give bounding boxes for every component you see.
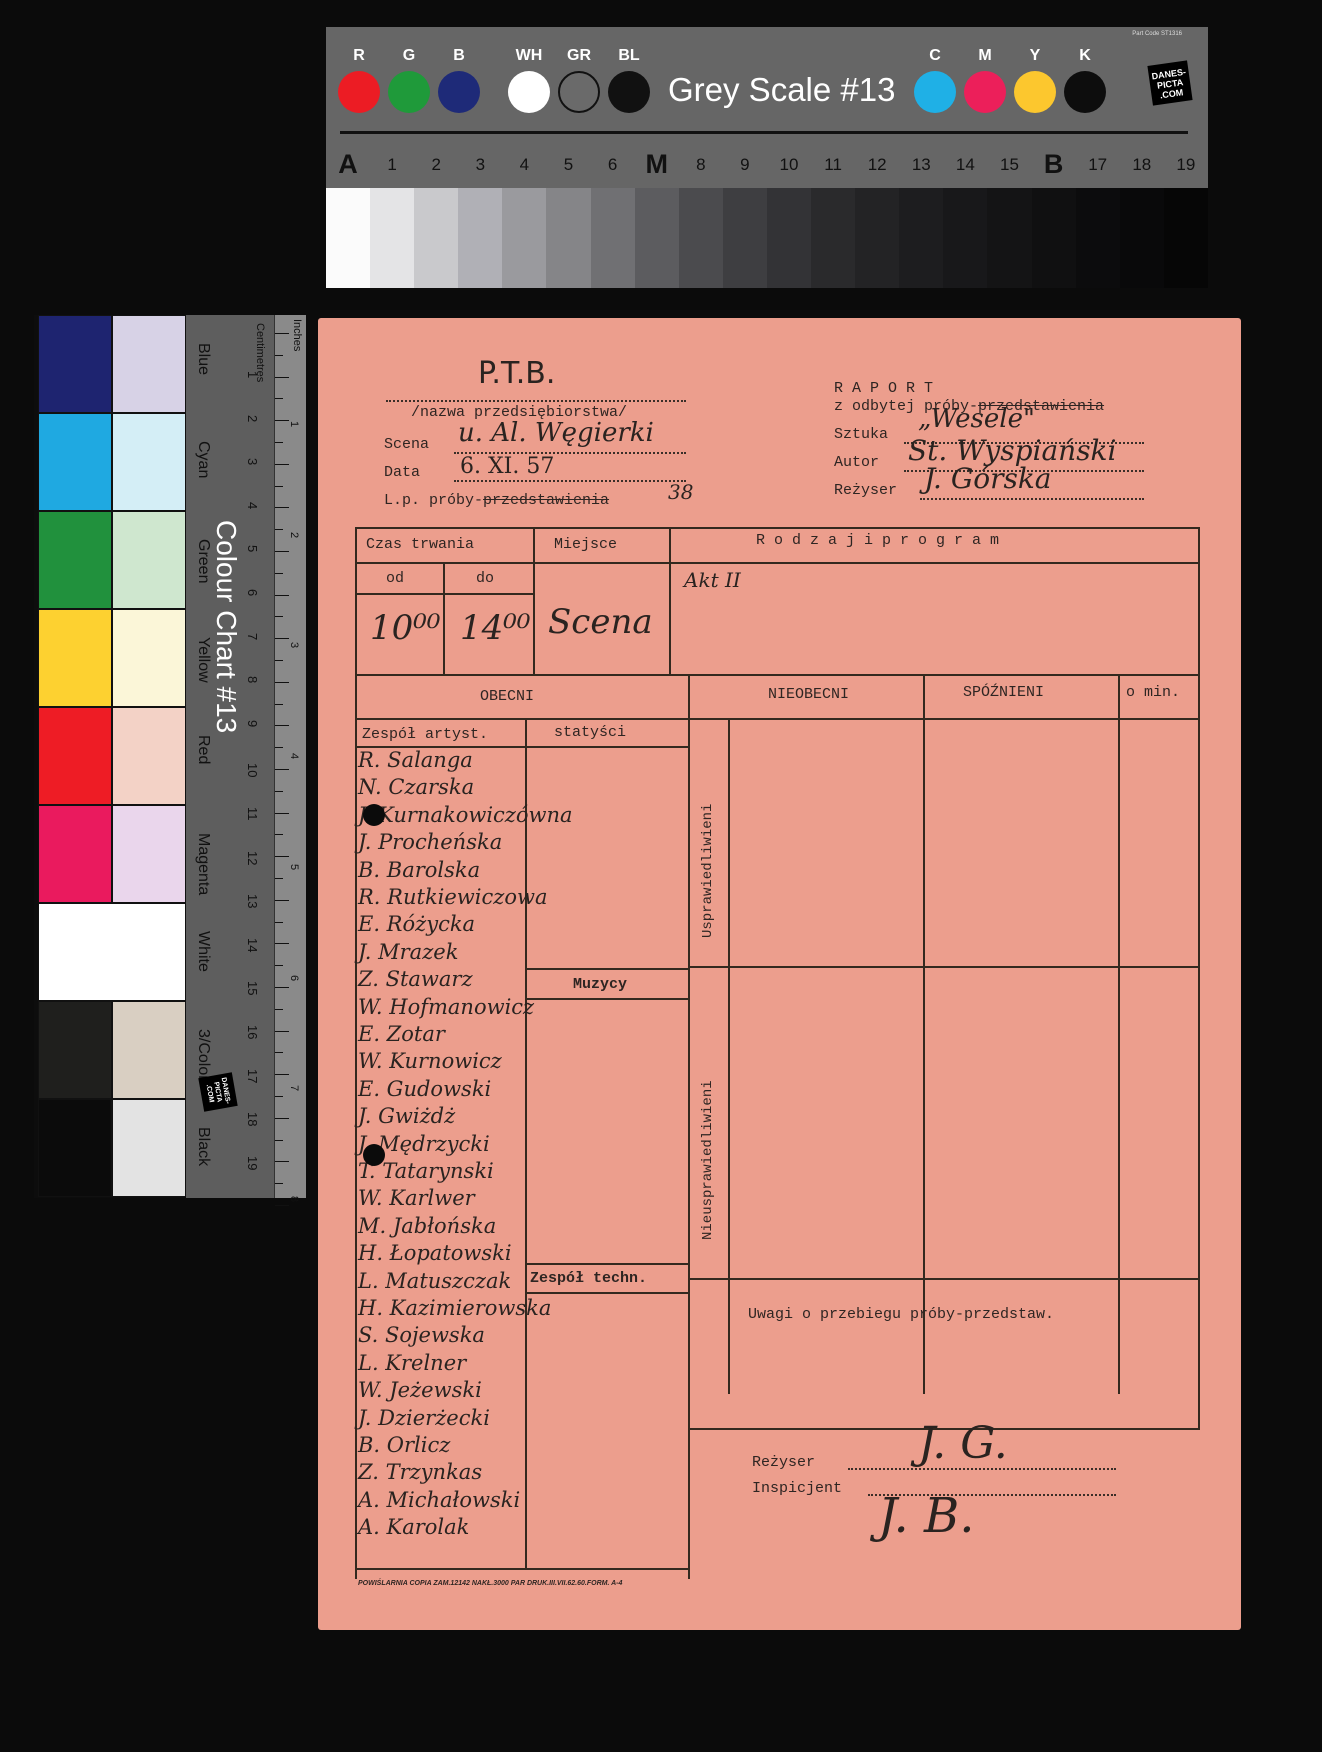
table-border xyxy=(728,718,730,1394)
cm-tick-label: 4 xyxy=(245,502,260,509)
table-border xyxy=(525,998,688,1000)
step-label: 14 xyxy=(945,155,985,175)
table-border xyxy=(525,1263,688,1265)
color-dot-gr xyxy=(558,71,600,113)
color-dot-c xyxy=(914,71,956,113)
divider xyxy=(340,131,1188,134)
raport-title: R A P O R T xyxy=(834,380,933,397)
color-dot-k xyxy=(1064,71,1106,113)
autor-label: Autor xyxy=(834,454,879,471)
artist-entry: J. Gwiżdż xyxy=(358,1104,455,1128)
swatch-red-dark xyxy=(38,707,112,805)
artist-entry: R. Salanga xyxy=(358,748,473,772)
table-border xyxy=(355,674,1198,676)
cm-tick-label: 3 xyxy=(245,458,260,465)
step-label: 8 xyxy=(681,155,721,175)
dot-label-r: R xyxy=(339,47,379,65)
rodzaj-header: R o d z a j i p r o g r a m xyxy=(756,532,999,549)
step-label: 3 xyxy=(460,155,500,175)
ruler-tick xyxy=(275,747,283,748)
colour-name: Magenta xyxy=(194,833,212,895)
swatch-magenta-light xyxy=(112,805,186,903)
dot-label-k: K xyxy=(1065,47,1105,65)
grey-step xyxy=(458,188,502,288)
artist-entry: J. Kurnakowiczówna xyxy=(358,803,573,827)
grey-step xyxy=(414,188,458,288)
artist-entry: Z. Trzynkas xyxy=(358,1460,482,1484)
grey-step xyxy=(767,188,811,288)
table-border xyxy=(669,527,671,674)
swatch-cyan-dark xyxy=(38,413,112,511)
inch-tick-label: 1 xyxy=(288,421,300,427)
part-code: Part Code ST1316 xyxy=(1132,31,1182,38)
swatch-blue-dark xyxy=(38,315,112,413)
ruler-tick xyxy=(275,573,283,574)
color-dot-wh xyxy=(508,71,550,113)
ruler-tick xyxy=(275,1074,289,1075)
lp-label: L.p. próby-przedstawienia xyxy=(384,492,609,509)
artist-entry: A. Michałowski xyxy=(358,1488,520,1512)
miejsce-header: Miejsce xyxy=(554,536,617,553)
artist-entry: H. Łopatowski xyxy=(358,1241,512,1265)
cm-tick-label: 12 xyxy=(245,851,260,865)
dot-label-y: Y xyxy=(1015,47,1055,65)
ruler-tick xyxy=(275,660,283,661)
scena-label: Scena xyxy=(384,436,429,453)
colour-chart-title: Colour Chart #13 xyxy=(210,520,242,733)
step-label: B xyxy=(1034,149,1074,180)
artist-entry: W. Jeżewski xyxy=(358,1378,482,1402)
ruler-tick xyxy=(275,507,289,508)
ruler-tick xyxy=(275,1118,289,1119)
grey-scale-title: Grey Scale #13 xyxy=(668,71,895,109)
swatch-3-color-light xyxy=(112,1001,186,1099)
dot-label-wh: WH xyxy=(509,47,549,65)
cm-tick-label: 13 xyxy=(245,894,260,908)
grey-step xyxy=(723,188,767,288)
table-border xyxy=(923,674,925,1394)
colour-name: White xyxy=(194,931,212,972)
colour-chart: BlueCyanGreenYellowRedMagentaWhite3/Colo… xyxy=(34,315,305,1198)
table-border xyxy=(525,1292,688,1294)
obecni-header: OBECNI xyxy=(480,688,534,705)
cm-tick-label: 7 xyxy=(245,633,260,640)
ruler-tick xyxy=(275,1140,283,1141)
grey-step xyxy=(679,188,723,288)
ruler-tick xyxy=(275,1205,289,1206)
ruler-tick xyxy=(275,551,289,552)
step-label: 5 xyxy=(549,155,589,175)
usprawiedliwieni-label: Usprawiedliwieni xyxy=(700,804,716,938)
zespol-techn-header: Zespół techn. xyxy=(530,1270,647,1287)
artist-entry: J. Mrazek xyxy=(358,940,458,964)
step-label: A xyxy=(328,149,368,180)
printer-footer: POWIŚLARNIA COPIA ZAM.12142 NAKŁ.3000 PA… xyxy=(358,1580,622,1587)
dot-label-m: M xyxy=(965,47,1005,65)
swatch-3-color-dark xyxy=(38,1001,112,1099)
ruler-tick xyxy=(275,638,289,639)
colour-name: Red xyxy=(194,735,212,764)
artist-entry: W. Karlwer xyxy=(358,1186,475,1210)
ruler-tick xyxy=(275,1161,289,1162)
cm-tick-label: 5 xyxy=(245,545,260,552)
ruler-tick xyxy=(275,878,283,879)
muzycy-header: Muzycy xyxy=(573,976,627,993)
inch-tick-label: 7 xyxy=(288,1085,300,1091)
cm-tick-label: 8 xyxy=(245,676,260,683)
zespol-artyst-header: Zespół artyst. xyxy=(362,726,488,743)
rodzaj-value: Akt II xyxy=(684,568,741,592)
punch-hole xyxy=(363,804,385,826)
grey-step xyxy=(370,188,414,288)
grey-step xyxy=(635,188,679,288)
table-border xyxy=(355,1568,690,1570)
grey-step xyxy=(855,188,899,288)
swatch-yellow-dark xyxy=(38,609,112,707)
ruler-tick xyxy=(275,922,283,923)
lp-value: 38 xyxy=(668,480,693,504)
step-label: 17 xyxy=(1078,155,1118,175)
company-name: P.T.B. xyxy=(478,356,555,391)
table-border xyxy=(1198,1394,1200,1430)
ruler-tick xyxy=(275,595,289,596)
step-label: 10 xyxy=(769,155,809,175)
inch-tick-label: 2 xyxy=(288,532,300,538)
table-border xyxy=(1198,1278,1200,1392)
scena-value: u. Al. Węgierki xyxy=(458,418,654,448)
sztuka-value: „Wesele" xyxy=(918,404,1035,434)
swatch-black-light xyxy=(112,1099,186,1197)
color-dot-r xyxy=(338,71,380,113)
grey-step xyxy=(326,188,370,288)
rezyser-signature: J. G. xyxy=(918,1418,1008,1469)
artist-entry: W. Hofmanowicz xyxy=(358,995,534,1019)
ruler-tick xyxy=(275,834,283,835)
rezyser-sign-label: Reżyser xyxy=(752,1454,815,1471)
ruler-tick xyxy=(275,442,283,443)
swatch-cyan-light xyxy=(112,413,186,511)
artist-entry: M. Jabłońska xyxy=(358,1214,496,1238)
rehearsal-report-form: P.T.B. /nazwa przedsiębiorstwa/ Scena u.… xyxy=(318,318,1241,1630)
ruler-tick xyxy=(275,725,289,726)
o-min-header: o min. xyxy=(1126,684,1180,701)
artist-entry: H. Kazimierowska xyxy=(358,1296,551,1320)
grey-step xyxy=(1120,188,1164,288)
dot-label-b: B xyxy=(439,47,479,65)
step-label: 13 xyxy=(901,155,941,175)
od-value: 10⁰⁰ xyxy=(370,608,441,648)
cm-tick-label: 2 xyxy=(245,415,260,422)
inch-tick-label: 5 xyxy=(288,864,300,870)
ruler-tick xyxy=(275,769,289,770)
table-border xyxy=(688,1278,1198,1280)
cm-tick-label: 9 xyxy=(245,720,260,727)
cm-tick-label: 10 xyxy=(245,763,260,777)
dotted-line xyxy=(920,498,1144,500)
artist-entry: E. Gudowski xyxy=(358,1077,491,1101)
grey-steps xyxy=(326,188,1208,288)
grey-step xyxy=(1076,188,1120,288)
color-dot-b xyxy=(438,71,480,113)
grey-step xyxy=(987,188,1031,288)
ruler-tick xyxy=(275,616,283,617)
table-border xyxy=(355,562,1198,564)
ruler-tick xyxy=(275,398,283,399)
spoznieni-header: SPÓŹNIENI xyxy=(963,684,1044,701)
grey-step xyxy=(1164,188,1208,288)
dot-label-gr: GR xyxy=(559,47,599,65)
grey-scale-card: Part Code ST1316 RGBWHGRBLCMYK Grey Scal… xyxy=(326,27,1208,288)
cm-tick-label: 6 xyxy=(245,589,260,596)
table-border xyxy=(1198,527,1200,1394)
swatch-red-light xyxy=(112,707,186,805)
step-label: 1 xyxy=(372,155,412,175)
rezyser-label: Reżyser xyxy=(834,482,897,499)
ruler-tick xyxy=(275,1031,289,1032)
cm-tick-label: 14 xyxy=(245,938,260,952)
artist-entry: B. Orlicz xyxy=(358,1433,450,1457)
czas-trwania-header: Czas trwania xyxy=(366,536,474,553)
punch-hole xyxy=(363,1144,385,1166)
ruler-tick xyxy=(275,420,289,421)
ruler-tick xyxy=(275,377,289,378)
swatch-green-light xyxy=(112,511,186,609)
cm-tick-label: 11 xyxy=(245,807,260,821)
step-label: 15 xyxy=(990,155,1030,175)
sztuka-label: Sztuka xyxy=(834,426,888,443)
ruler-tick xyxy=(275,1096,283,1097)
ruler-tick xyxy=(275,486,283,487)
table-border xyxy=(443,562,445,674)
do-value: 14⁰⁰ xyxy=(460,608,531,648)
step-label: M xyxy=(637,149,677,180)
cm-tick-label: 19 xyxy=(245,1156,260,1170)
table-border xyxy=(688,674,690,1579)
cm-tick-label: 16 xyxy=(245,1025,260,1039)
color-dot-y xyxy=(1014,71,1056,113)
artist-entry: L. Matuszczak xyxy=(358,1269,511,1293)
artist-entry: L. Krelner xyxy=(358,1351,466,1375)
step-label: 9 xyxy=(725,155,765,175)
danes-picta-logo: DANES-PICTA .COM xyxy=(1147,60,1192,105)
dotted-line xyxy=(386,400,686,402)
artist-entry: E. Zotar xyxy=(358,1022,445,1046)
statysci-header: statyści xyxy=(554,724,626,741)
do-header: do xyxy=(476,570,494,587)
color-dot-g xyxy=(388,71,430,113)
step-label: 18 xyxy=(1122,155,1162,175)
ruler-tick xyxy=(275,1009,283,1010)
inch-tick-label: 4 xyxy=(288,753,300,759)
swatch-black-dark xyxy=(38,1099,112,1197)
swatch-magenta-dark xyxy=(38,805,112,903)
table-border xyxy=(688,966,1198,968)
cm-tick-label: 17 xyxy=(245,1069,260,1083)
grey-step xyxy=(502,188,546,288)
artist-entry: A. Karolak xyxy=(358,1515,469,1539)
table-border xyxy=(355,527,357,1579)
ruler-tick xyxy=(275,529,283,530)
dot-label-bl: BL xyxy=(609,47,649,65)
danes-picta-logo: DANES-PICTA .COM xyxy=(198,1072,237,1111)
ruler-tick xyxy=(275,943,289,944)
inches-label: Inches xyxy=(291,319,303,351)
ruler-tick xyxy=(275,900,289,901)
ruler-tick xyxy=(275,682,289,683)
ruler-tick xyxy=(275,333,289,334)
ruler-tick xyxy=(275,965,283,966)
inch-tick-label: 3 xyxy=(288,642,300,648)
ruler-tick xyxy=(275,355,283,356)
dotted-line xyxy=(454,480,686,482)
cm-tick-label: 1 xyxy=(245,371,260,378)
step-label: 11 xyxy=(813,155,853,175)
table-border xyxy=(525,718,527,1568)
ruler-tick xyxy=(275,1183,283,1184)
artist-entry: W. Kurnowicz xyxy=(358,1049,502,1073)
step-label: 6 xyxy=(593,155,633,175)
colour-name: Cyan xyxy=(194,441,212,478)
grey-step xyxy=(943,188,987,288)
artist-entry: N. Czarska xyxy=(358,775,474,799)
dot-label-g: G xyxy=(389,47,429,65)
rezyser-value: J. Górska xyxy=(924,462,1052,495)
swatch-yellow-light xyxy=(112,609,186,707)
ruler-tick xyxy=(275,464,289,465)
table-border xyxy=(533,527,535,674)
data-value: 6. XI. 57 xyxy=(460,454,554,479)
uwagi-label: Uwagi o przebiegu próby-przedstaw. xyxy=(748,1306,1054,1323)
colour-name: Blue xyxy=(194,343,212,375)
ruler-tick xyxy=(275,813,289,814)
inch-tick-label: 8 xyxy=(288,1196,300,1202)
inspicjent-signature: J. B. xyxy=(878,1488,975,1544)
color-dot-m xyxy=(964,71,1006,113)
miejsce-value: Scena xyxy=(548,602,653,642)
table-border xyxy=(355,527,1198,529)
swatch-green-dark xyxy=(38,511,112,609)
step-label: 4 xyxy=(504,155,544,175)
color-dot-bl xyxy=(608,71,650,113)
grey-step xyxy=(1032,188,1076,288)
ruler-tick xyxy=(275,856,289,857)
od-header: od xyxy=(386,570,404,587)
step-label: 2 xyxy=(416,155,456,175)
artist-entry: S. Sojewska xyxy=(358,1323,485,1347)
step-label: 12 xyxy=(857,155,897,175)
artist-entry: R. Rutkiewiczowa xyxy=(358,885,547,909)
swatch-white xyxy=(38,903,186,1001)
table-border xyxy=(525,968,688,970)
artist-entry: E. Różycka xyxy=(358,912,475,936)
grey-step xyxy=(591,188,635,288)
colour-name: Black xyxy=(194,1127,212,1166)
swatch-blue-light xyxy=(112,315,186,413)
ruler-tick xyxy=(275,987,289,988)
inspicjent-label: Inspicjent xyxy=(752,1480,842,1497)
ruler-tick xyxy=(275,704,283,705)
table-border xyxy=(355,718,1198,720)
nieobecni-header: NIEOBECNI xyxy=(768,686,849,703)
cm-tick-label: 18 xyxy=(245,1112,260,1126)
grey-step xyxy=(811,188,855,288)
ruler-tick xyxy=(275,791,283,792)
step-label: 19 xyxy=(1166,155,1206,175)
dot-label-c: C xyxy=(915,47,955,65)
cm-tick-label: 15 xyxy=(245,981,260,995)
colour-name: 3/Color xyxy=(194,1029,212,1081)
data-label: Data xyxy=(384,464,420,481)
grey-step xyxy=(899,188,943,288)
artist-entry: Z. Stawarz xyxy=(358,967,473,991)
grey-step xyxy=(546,188,590,288)
table-border xyxy=(1118,674,1120,1394)
nieusprawiedliwieni-label: Nieusprawiedliwieni xyxy=(700,1080,716,1240)
artist-entry: B. Barolska xyxy=(358,858,480,882)
ruler-tick xyxy=(275,1052,283,1053)
inch-tick-label: 6 xyxy=(288,975,300,981)
artist-entry: J. Dzierżecki xyxy=(358,1406,490,1430)
artist-entry: J. Procheńska xyxy=(358,830,502,854)
